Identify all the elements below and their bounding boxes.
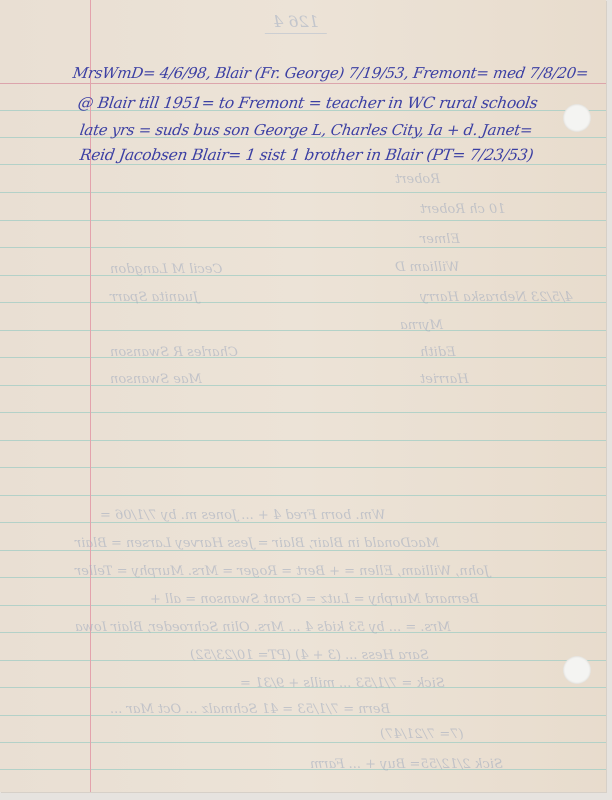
bleed-through-text: Sick = 7/1/53 ... mills + 9/31 = (240, 676, 445, 691)
bleed-through-text: Mae Swanson (110, 372, 202, 387)
bleed-through-text: William D (395, 260, 459, 275)
bleed-through-text: Robert (395, 172, 440, 187)
handwritten-line: MrsWmD= 4/6/98, Blair (Fr. George) 7/19/… (72, 64, 590, 82)
handwritten-line: late yrs = suds bus son George L, Charle… (79, 121, 534, 139)
bleed-through-text: Sara Hess ... (3 + 4) (PT= 10/23/52) (190, 648, 429, 663)
bleed-through-text: Bernard Murphy = Lutz = Grant Swanson = … (150, 592, 479, 607)
hole-punch (563, 656, 591, 684)
bleed-through-text: Sick 2/12/55= Buy + ... Farm (310, 757, 503, 772)
bleed-through-text: (7= 7/21/47) (380, 727, 464, 742)
bleed-through-text: Mrs. = ... by 53 kids 4 ... Mrs. Olin Sc… (75, 620, 451, 635)
hole-punch (563, 104, 591, 132)
bleed-through-text: MacDonald in Blair, Blair = Jess Harvey … (75, 536, 439, 551)
bleed-through-text: Cecil M Langdon (110, 262, 222, 277)
bleed-through-page-number: 126 4 (265, 12, 327, 34)
bleed-through-text: Charles R Swanson (110, 345, 238, 360)
bleed-through-text: Myrna (400, 318, 443, 333)
bleed-through-text: Harriet (420, 372, 469, 387)
bleed-through-text: Wm. born Fred 4 + ... Jones m. by 7/1/06… (100, 508, 385, 523)
bleed-through-text: Bern = 7/1/53 = 41 Schmalz ... Oct Mar .… (110, 702, 390, 717)
handwritten-line: Reid Jacobsen Blair= 1 sist 1 brother in… (79, 146, 535, 164)
bleed-through-text: Elmer (420, 232, 460, 247)
margin-line (90, 0, 91, 792)
bleed-through-text: Edith (420, 345, 456, 360)
handwritten-line: @ Blair till 1951= to Fremont = teacher … (77, 94, 539, 112)
bleed-through-text: Juanita Sparr (110, 290, 198, 305)
lined-paper-sheet: 126 4 Robert 10 ch Robert Elmer William … (0, 0, 606, 792)
bleed-through-text: John, William, Ellen = + Bert = Roger = … (75, 564, 489, 579)
bleed-through-text: 4/5/23 Nebraska Harry (420, 290, 573, 305)
bleed-through-text: 10 ch Robert (420, 202, 506, 217)
